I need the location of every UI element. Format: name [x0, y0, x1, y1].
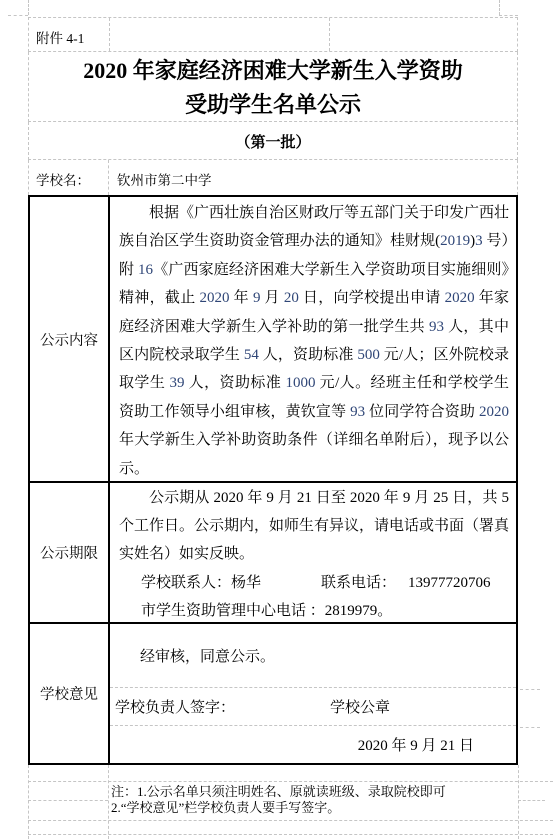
grid-line: [518, 800, 545, 801]
contact-phone-label: 联系电话：: [321, 575, 396, 591]
section-label-content: 公示内容: [30, 197, 110, 481]
approval-text: 经审核，同意公示。: [110, 624, 516, 687]
grid-line: [499, 0, 500, 15]
document-page: 附件 4-1 2020 年家庭经济困难大学新生入学资助 受助学生名单公示 （第一…: [0, 0, 553, 839]
title-line-1: 2020 年家庭经济困难大学新生入学资助: [29, 54, 517, 88]
opinion-section: 学校意见 经审核，同意公示。 学校负责人签字： 学校公章 2020 年 9 月 …: [30, 622, 516, 763]
grid-line: [8, 15, 28, 16]
opinion-date: 2020 年 9 月 21 日: [110, 725, 516, 763]
grid-line: [109, 18, 110, 51]
center-phone-number: 2819979。: [325, 603, 393, 619]
school-name-row: 学校名： 钦州市第二中学: [28, 160, 518, 195]
contact-line: 学校联系人：杨华联系电话：13977720706: [119, 569, 509, 597]
sign-label: 学校负责人签字：: [115, 696, 235, 717]
school-name-value: 钦州市第二中学: [109, 160, 517, 195]
grid-line: [329, 18, 330, 51]
section-label-period: 公示期限: [30, 483, 110, 622]
school-name-label: 学校名：: [29, 160, 109, 195]
title-line-2: 受助学生名单公示: [29, 88, 517, 122]
contact-phone-number: 13977720706: [408, 575, 491, 591]
section-label-opinion: 学校意见: [30, 624, 110, 763]
contact-person-name: 杨华: [231, 575, 261, 591]
content-paragraph: 根据《广西壮族自治区财政厅等五部门关于印发广西壮族自治区学生资助资金管理办法的通…: [119, 199, 509, 483]
batch-label: （第一批）: [28, 122, 518, 160]
grid-line: [499, 15, 518, 16]
attachment-row: 附件 4-1: [28, 17, 518, 52]
grid-line: [28, 800, 108, 801]
content-body: 根据《广西壮族自治区财政厅等五部门关于印发广西壮族自治区学生资助资金管理办法的通…: [110, 197, 516, 481]
grid-line: [28, 765, 29, 839]
document-title: 2020 年家庭经济困难大学新生入学资助 受助学生名单公示: [28, 52, 518, 122]
note-line-1: 注：1.公示名单只须注明姓名、原就读班级、录取院校即可: [111, 784, 517, 800]
grid-line: [28, 834, 553, 835]
grid-line: [28, 0, 29, 15]
period-paragraph: 公示期从 2020 年 9 月 21 日至 2020 年 9 月 25 日，共 …: [119, 484, 509, 569]
grid-line: [520, 727, 540, 728]
seal-label: 学校公章: [330, 696, 390, 717]
grid-line: [520, 689, 540, 690]
opinion-body: 经审核，同意公示。 学校负责人签字： 学校公章 2020 年 9 月 21 日: [110, 624, 516, 763]
attachment-label: 附件 4-1: [36, 31, 84, 46]
period-section: 公示期限 公示期从 2020 年 9 月 21 日至 2020 年 9 月 25…: [30, 481, 516, 622]
grid-line: [108, 765, 109, 839]
content-section: 公示内容 根据《广西壮族自治区财政厅等五部门关于印发广西壮族自治区学生资助资金管…: [30, 197, 516, 481]
grid-line: [518, 765, 519, 839]
signature-line: 学校负责人签字： 学校公章: [110, 687, 516, 725]
center-phone-line: 市学生资助管理中心电话 ：2819979。: [119, 597, 509, 625]
grid-line: [28, 820, 553, 821]
main-table: 公示内容 根据《广西壮族自治区财政厅等五部门关于印发广西壮族自治区学生资助资金管…: [28, 195, 518, 765]
center-phone-label: 市学生资助管理中心电话 ：: [141, 603, 325, 619]
note-line-2: 2.“学校意见”栏学校负责人要手写签字。: [111, 800, 517, 816]
contact-person-label: 学校联系人：: [141, 575, 231, 591]
period-body: 公示期从 2020 年 9 月 21 日至 2020 年 9 月 25 日，共 …: [110, 483, 516, 622]
footnotes: 注：1.公示名单只须注明姓名、原就读班级、录取院校即可 2.“学校意见”栏学校负…: [111, 781, 517, 816]
